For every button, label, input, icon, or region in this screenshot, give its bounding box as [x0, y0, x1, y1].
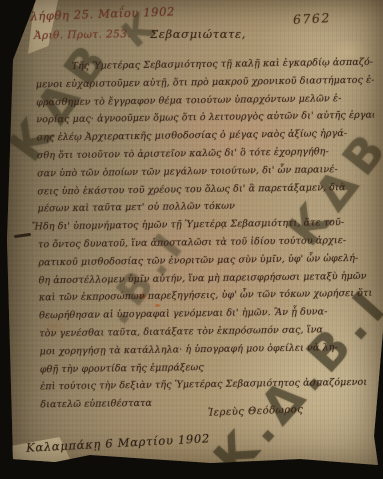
fold-mark	[14, 233, 31, 238]
place-date-line: Καλαμπάκῃ 6 Μαρτίου 1902	[26, 431, 211, 455]
letter-body: Τῆς Ὑμετέρας Σεβασμιότητος τῇ καλῇ καὶ ἐ…	[36, 54, 379, 415]
protocol-number: Ἀριθ. Πρωτ. 253.	[34, 28, 131, 42]
scanned-letter-photo: ΚΔΒ Κ ΚΔΒ .Β.Ι Κ.Δ.Β.Ι Ἐλήφθη 25. Μαΐου …	[0, 0, 383, 479]
archive-number: 6762	[293, 10, 332, 27]
letter-paper: ΚΔΒ Κ ΚΔΒ .Β.Ι Κ.Δ.Β.Ι Ἐλήφθη 25. Μαΐου …	[0, 0, 383, 479]
salutation: Σεβασμιώτατε,	[150, 27, 246, 41]
signature: Ἱερεὺς Θεόδωρος	[208, 404, 304, 418]
